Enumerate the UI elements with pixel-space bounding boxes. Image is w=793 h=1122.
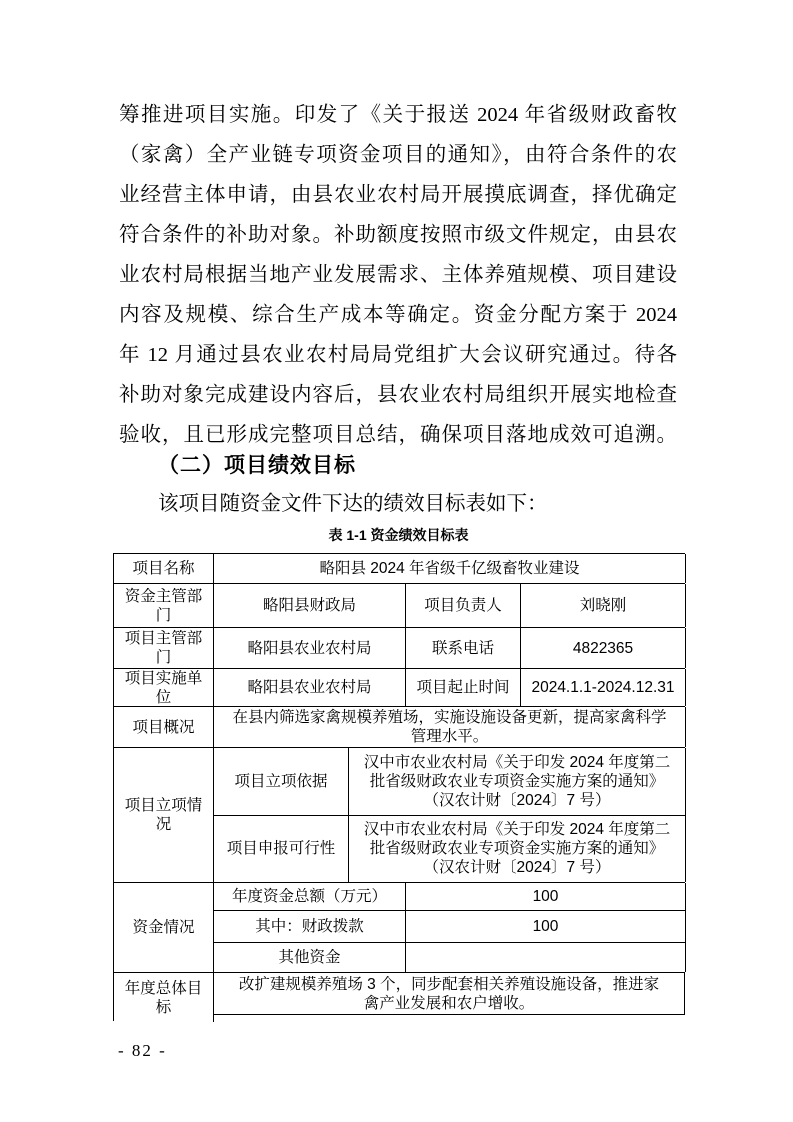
table-row: 项目立项依据 汉中市农业农村局《关于印发 2024 年度第二批省级财政农业专项资… — [214, 748, 686, 816]
other-funds-value — [406, 943, 686, 972]
table-row: 项目名称 略阳县 2024 年省级千亿级畜牧业建设 — [114, 554, 685, 584]
feasibility-value: 汉中市农业农村局《关于印发 2024 年度第二批省级财政农业专项资金实施方案的通… — [349, 816, 686, 883]
impl-unit-label: 项目实施单位 — [114, 669, 214, 706]
table-row: 项目主管部门 略阳县农业农村局 联系电话 4822365 — [114, 628, 685, 669]
project-name-label: 项目名称 — [114, 554, 214, 583]
body-paragraph: 筹推进项目实施。印发了《关于报送 2024 年省级财政畜牧 （家禽）全产业链专项… — [119, 95, 677, 455]
annual-total-label: 年度资金总额（万元） — [214, 883, 406, 910]
body-line: 符合条件的补助对象。补助额度按照市级文件规定，由县农 — [119, 215, 677, 255]
body-line: 年 12 月通过县农业农村局局党组扩大会议研究通过。待各 — [119, 335, 677, 375]
phone-label: 联系电话 — [406, 628, 521, 668]
body-line: 内容及规模、综合生产成本等确定。资金分配方案于 2024 — [119, 295, 677, 335]
fund-dept-label: 资金主管部门 — [114, 584, 214, 627]
fiscal-allocation-label: 其中：财政拨款 — [214, 911, 406, 943]
performance-target-table: 项目名称 略阳县 2024 年省级千亿级畜牧业建设 资金主管部门 略阳县财政局 … — [113, 553, 685, 1021]
body-line: 补助对象完成建设内容后，县农业农村局组织开展实地检查 — [119, 375, 677, 415]
document-page: 筹推进项目实施。印发了《关于报送 2024 年省级财政畜牧 （家禽）全产业链专项… — [0, 0, 793, 1122]
annual-goal-value: 改扩建规模养殖场 3 个，同步配套相关养殖设施设备，推进家禽产业发展和农户增收。 — [214, 973, 685, 1015]
responsible-person-label: 项目负责人 — [406, 584, 521, 627]
initiation-basis-label: 项目立项依据 — [214, 748, 349, 815]
section-heading: （二）项目绩效目标 — [158, 449, 356, 479]
page-number: - 82 - — [118, 1041, 167, 1061]
time-span-label: 项目起止时间 — [406, 669, 521, 706]
time-span-value: 2024.1.1-2024.12.31 — [521, 669, 686, 706]
table-row: 项目申报可行性 汉中市农业农村局《关于印发 2024 年度第二批省级财政农业专项… — [214, 816, 686, 883]
intro-line: 该项目随资金文件下达的绩效目标表如下： — [158, 490, 548, 518]
table-row: 年度总体目标 改扩建规模养殖场 3 个，同步配套相关养殖设施设备，推进家禽产业发… — [114, 973, 685, 1022]
phone-value: 4822365 — [521, 628, 686, 668]
table-row: 年度资金总额（万元） 100 — [214, 883, 686, 911]
funding-section: 资金情况 年度资金总额（万元） 100 其中：财政拨款 100 其他资金 — [114, 883, 685, 973]
body-line: 筹推进项目实施。印发了《关于报送 2024 年省级财政畜牧 — [119, 95, 677, 135]
body-line: 业经营主体申请，由县农业农村局开展摸底调查，择优确定 — [119, 175, 677, 215]
overview-label: 项目概况 — [114, 707, 214, 747]
initiation-subrows: 项目立项依据 汉中市农业农村局《关于印发 2024 年度第二批省级财政农业专项资… — [214, 748, 686, 882]
annual-goal-label: 年度总体目标 — [114, 973, 214, 1022]
fund-dept-value: 略阳县财政局 — [214, 584, 406, 627]
body-line: （家禽）全产业链专项资金项目的通知》，由符合条件的农 — [119, 135, 677, 175]
other-funds-label: 其他资金 — [214, 943, 406, 972]
table-row: 其他资金 — [214, 943, 686, 972]
impl-unit-value: 略阳县农业农村局 — [214, 669, 406, 706]
table-row: 其中：财政拨款 100 — [214, 911, 686, 944]
initiation-basis-value: 汉中市农业农村局《关于印发 2024 年度第二批省级财政农业专项资金实施方案的通… — [349, 748, 686, 815]
responsible-person-value: 刘晓刚 — [521, 584, 686, 627]
overview-value: 在县内筛选家禽规模养殖场，实施设施设备更新，提高家禽科学管理水平。 — [214, 707, 686, 747]
funding-subrows: 年度资金总额（万元） 100 其中：财政拨款 100 其他资金 — [214, 883, 686, 972]
table-caption: 表 1-1 资金绩效目标表 — [113, 525, 684, 545]
project-name-value: 略阳县 2024 年省级千亿级畜牧业建设 — [214, 554, 686, 583]
initiation-label: 项目立项情况 — [114, 748, 214, 882]
body-line: 业农村局根据当地产业发展需求、主体养殖规模、项目建设 — [119, 255, 677, 295]
table-row: 项目实施单位 略阳县农业农村局 项目起止时间 2024.1.1-2024.12.… — [114, 669, 685, 707]
fiscal-allocation-value: 100 — [406, 911, 686, 943]
initiation-section: 项目立项情况 项目立项依据 汉中市农业农村局《关于印发 2024 年度第二批省级… — [114, 748, 685, 883]
annual-total-value: 100 — [406, 883, 686, 910]
project-dept-label: 项目主管部门 — [114, 628, 214, 668]
feasibility-label: 项目申报可行性 — [214, 816, 349, 883]
project-dept-value: 略阳县农业农村局 — [214, 628, 406, 668]
table-row: 资金主管部门 略阳县财政局 项目负责人 刘晓刚 — [114, 584, 685, 628]
funding-label: 资金情况 — [114, 883, 214, 972]
table-row: 项目概况 在县内筛选家禽规模养殖场，实施设施设备更新，提高家禽科学管理水平。 — [114, 707, 685, 748]
